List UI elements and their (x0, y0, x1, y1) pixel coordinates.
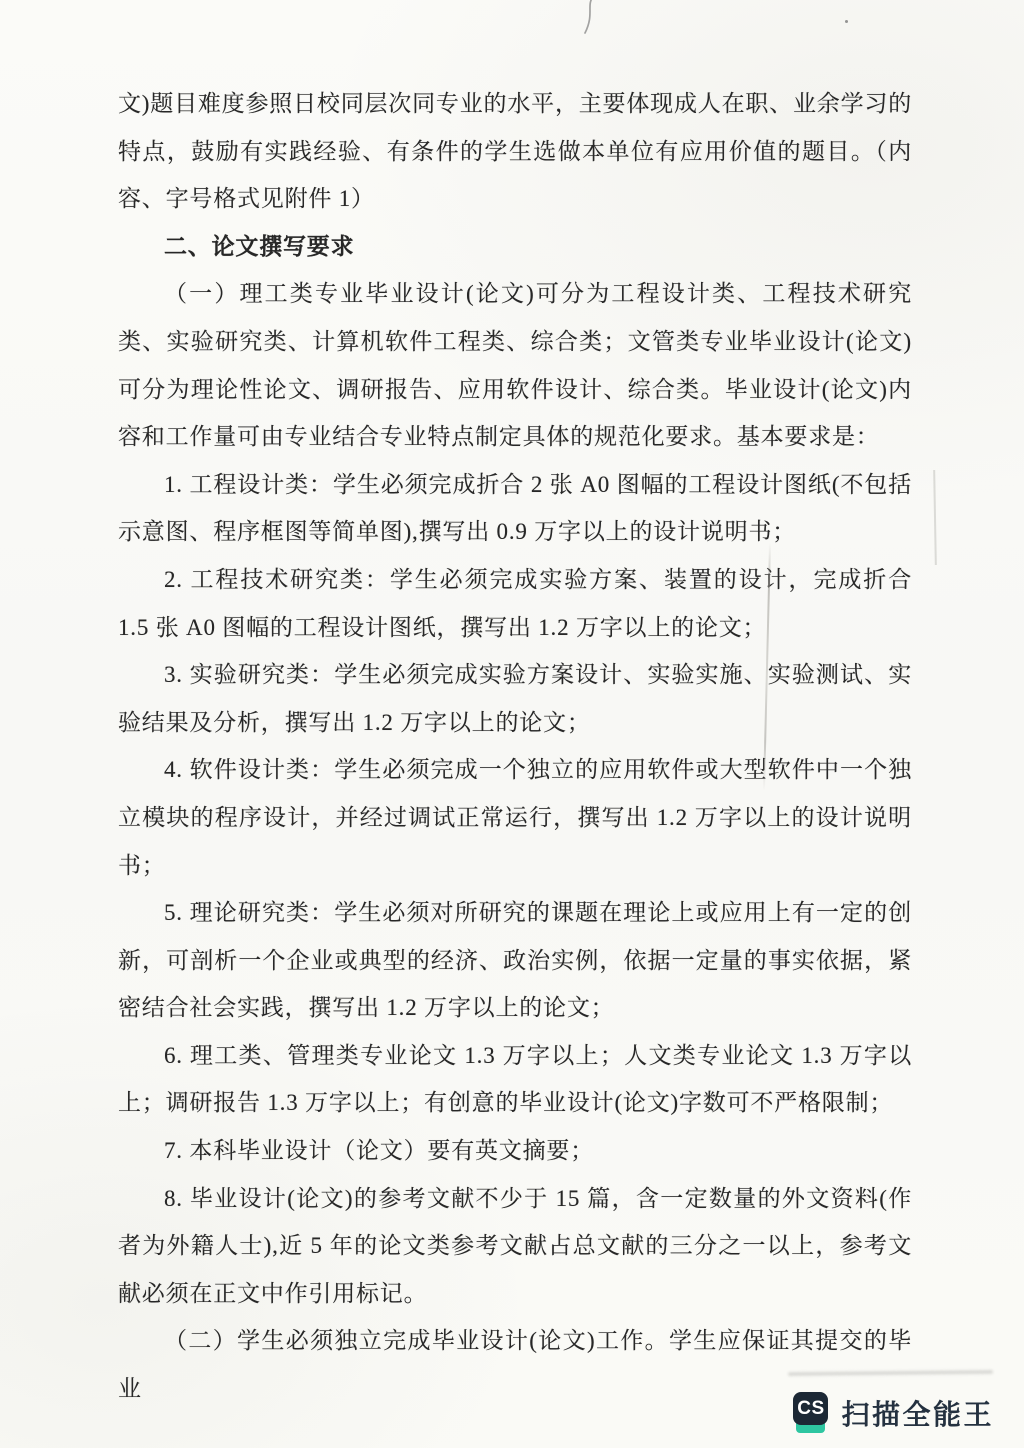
camscanner-watermark: CS 扫描全能王 (793, 1392, 994, 1433)
list-item-8: 8. 毕业设计(论文)的参考文献不少于 15 篇，含一定数量的外文资料(作者为外… (118, 1175, 912, 1318)
ink-dot-artifact (845, 20, 848, 23)
list-item-7: 7. 本科毕业设计（论文）要有英文摘要； (118, 1127, 912, 1175)
scan-streak-artifact (933, 470, 936, 565)
camscanner-label: 扫描全能王 (841, 1393, 994, 1433)
list-item-2: 2. 工程技术研究类：学生必须完成实验方案、装置的设计，完成折合 1.5 张 A… (118, 556, 912, 651)
document-body: 文)题目难度参照日校同层次同专业的水平，主要体现成人在职、业余学习的特点，鼓励有… (118, 80, 912, 1413)
paragraph-continuation: 文)题目难度参照日校同层次同专业的水平，主要体现成人在职、业余学习的特点，鼓励有… (118, 80, 912, 223)
list-item-6: 6. 理工类、管理类专业论文 1.3 万字以上；人文类专业论文 1.3 万字以上… (118, 1032, 912, 1127)
list-item-3: 3. 实验研究类：学生必须完成实验方案设计、实验实施、实验测试、实验结果及分析，… (118, 651, 912, 746)
paragraph-item-1: （一）理工类专业毕业设计(论文)可分为工程设计类、工程技术研究类、实验研究类、计… (118, 270, 912, 460)
logo-badge-text: CS (797, 1398, 824, 1420)
pen-stroke-artifact (576, 0, 602, 36)
list-item-5: 5. 理论研究类：学生必须对所研究的课题在理论上或应用上有一定的创新，可剖析一个… (118, 889, 912, 1032)
list-item-1: 1. 工程设计类：学生必须完成折合 2 张 A0 图幅的工程设计图纸(不包括示意… (118, 461, 912, 556)
camscanner-logo-icon: CS (793, 1392, 828, 1433)
section-heading: 二、论文撰写要求 (118, 223, 912, 271)
list-item-4: 4. 软件设计类：学生必须完成一个独立的应用软件或大型软件中一个独立模块的程序设… (118, 746, 912, 889)
logo-badge: CS (793, 1392, 828, 1425)
